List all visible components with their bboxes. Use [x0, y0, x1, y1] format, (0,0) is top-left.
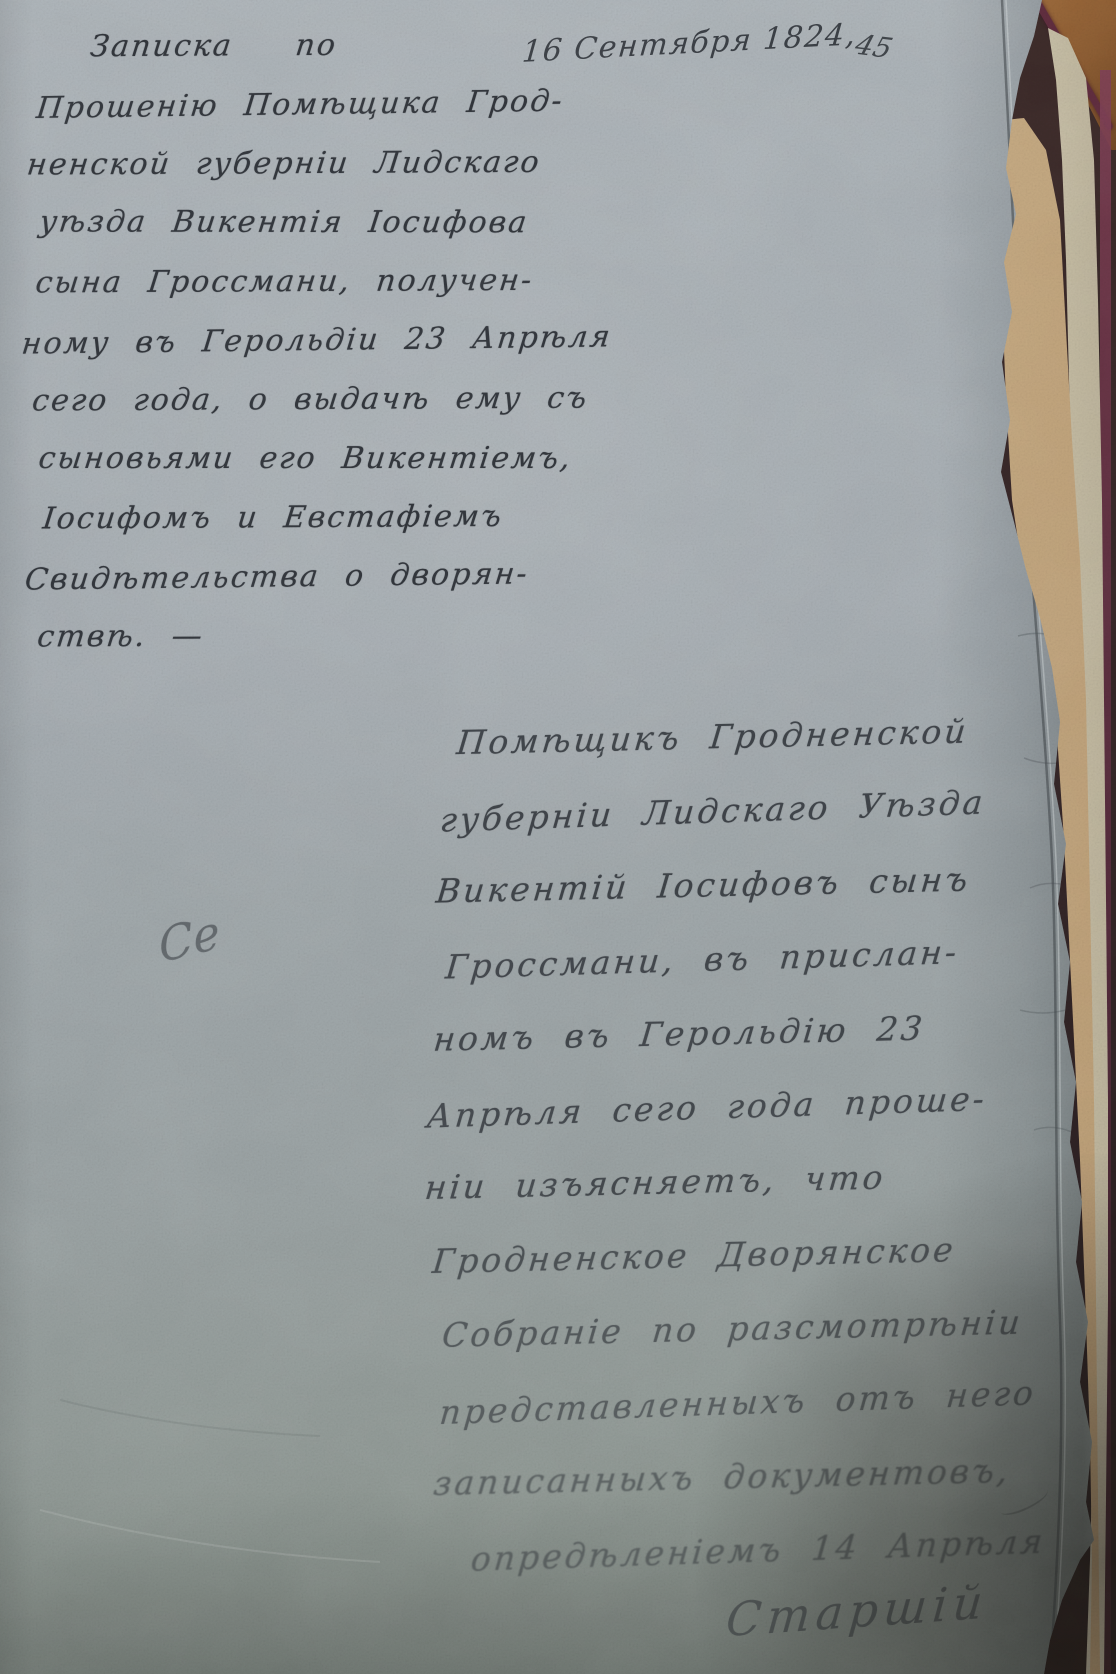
body-line: Гроссмани, въ прислан-: [442, 913, 1035, 1005]
body-block: Помѣщикъ Гродненской губерніи Лидскаго У…: [418, 693, 1046, 1595]
folio-number: 45: [851, 28, 896, 64]
summary-line: Свидѣтельства о дворян-: [22, 543, 616, 609]
body-line: Гродненское Дворянское: [429, 1211, 1042, 1299]
manuscript-photo: Записка по Прошенію Помѣщика Грод- ненск…: [0, 0, 1116, 1674]
page-shading: [0, 0, 1116, 1674]
summary-block: Записка по Прошенію Помѣщика Грод- ненск…: [26, 14, 613, 666]
body-line: Собраніе по разсмотрѣніи: [439, 1285, 1044, 1373]
paper-crease-lines: [0, 0, 1116, 1674]
body-line: Викентій Іосифовъ сынъ: [432, 841, 1033, 929]
summary-line: сего года, о выдачѣ ему съ: [29, 368, 615, 430]
summary-line: сыновьями его Викентіемъ,: [35, 429, 615, 488]
body-line: записанныхъ документовъ,: [430, 1433, 1047, 1521]
body-line: ніи изъясняетъ, что: [421, 1137, 1040, 1225]
summary-line: Прошенію Помѣщика Грод-: [33, 71, 613, 138]
ink-flourish: [997, 1483, 1052, 1519]
summary-line: Записка по: [87, 14, 613, 76]
manuscript-page: Записка по Прошенію Помѣщика Грод- ненск…: [0, 0, 1116, 1674]
margin-mark: Се: [156, 904, 222, 973]
summary-line: ненской губерніи Лидскаго: [24, 132, 614, 194]
summary-line: ному въ Герольдіи 23 Апрѣля: [19, 307, 615, 373]
summary-line: сына Гроссмани, получен-: [32, 250, 614, 312]
body-line: Апрѣля сего года проше-: [424, 1060, 1039, 1153]
summary-line: ствѣ. —: [34, 604, 616, 666]
body-line: губерніи Лидскаго Уѣзда: [437, 764, 1032, 858]
signature-word: Старшій: [724, 1575, 990, 1648]
date-heading: 16 Сентября 1824,: [521, 17, 858, 70]
summary-line: Іосифомъ и Евстафіемъ: [39, 486, 615, 548]
body-line: представленныхъ отъ него: [436, 1356, 1045, 1450]
body-line: опредѣленіемъ 14 Апрѣля: [468, 1504, 1049, 1596]
summary-line: уѣзда Викентія Іосифова: [36, 192, 614, 252]
body-line: Помѣщикъ Гродненской: [453, 693, 1030, 780]
body-line: номъ въ Герольдію 23: [430, 989, 1037, 1077]
